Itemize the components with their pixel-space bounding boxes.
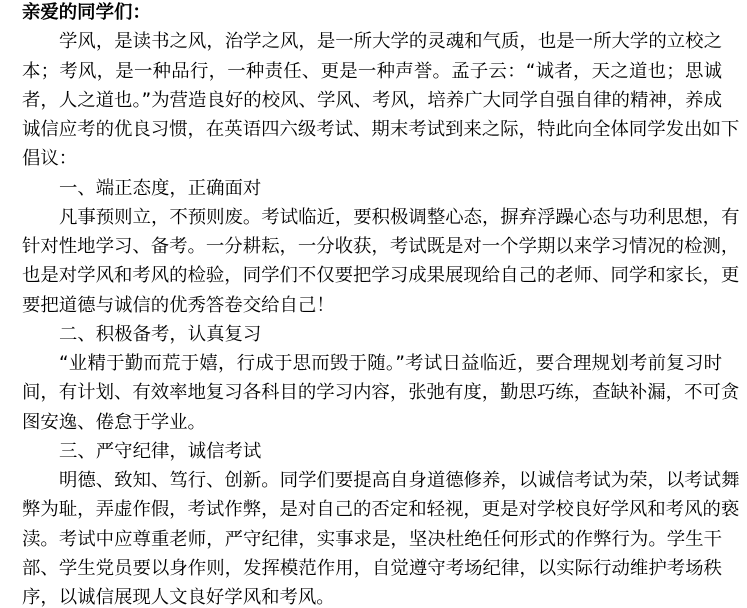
paragraph-line: 针对性地学习、备考。一分耕耘，一分收获，考试既是对一个学期以来学习情况的检测，: [22, 232, 722, 261]
paragraph-line: 本；考风，是一种品行，一种责任、更是一种声誉。孟子云：“诚者，天之道也；思诚: [22, 57, 722, 86]
paragraph-line: 图安逸、倦怠于学业。: [22, 408, 722, 437]
section-heading: 一、端正态度，正确面对: [22, 174, 722, 203]
paragraph-line: 明德、致知、笃行、创新。同学们要提高自身道德修养，以诚信考试为荣，以考试舞: [22, 466, 722, 495]
section-3: 三、严守纪律，诚信考试 明德、致知、笃行、创新。同学们要提高自身道德修养，以诚信…: [22, 437, 722, 608]
paragraph-line: 弊为耻，弄虚作假，考试作弊，是对自己的否定和轻视，更是对学校良好学风和考风的亵: [22, 495, 722, 524]
paragraph-line: 序，以诚信展现人文良好学风和考风。: [22, 583, 722, 608]
paragraph-line: “业精于勤而荒于嬉，行成于思而毁于随。”考试日益临近，要合理规划考前复习时: [22, 349, 722, 378]
greeting: 亲爱的同学们：: [22, 0, 722, 27]
paragraph-line: 也是对学风和考风的检验，同学们不仅要把学习成果展现给自己的老师、同学和家长，更: [22, 261, 722, 290]
paragraph-line: 者，人之道也。”为营造良好的校风、学风、考风，培养广大同学自强自律的精神，养成: [22, 86, 722, 115]
section-1: 一、端正态度，正确面对 凡事预则立，不预则废。考试临近，要积极调整心态，摒弃浮躁…: [22, 174, 722, 320]
paragraph-line: 凡事预则立，不预则废。考试临近，要积极调整心态，摒弃浮躁心态与功利思想，有: [22, 203, 722, 232]
paragraph-line: 诚信应考的优良习惯，在英语四六级考试、期末考试到来之际，特此向全体同学发出如下: [22, 115, 722, 144]
paragraph-line: 要把道德与诚信的优秀答卷交给自己！: [22, 291, 722, 320]
section-heading: 二、积极备考，认真复习: [22, 320, 722, 349]
section-heading: 三、严守纪律，诚信考试: [22, 437, 722, 466]
paragraph-line: 渎。考试中应尊重老师，严守纪律，实事求是，坚决杜绝任何形式的作弊行为。学生干: [22, 525, 722, 554]
paragraph-line: 部、学生党员要以身作则，发挥模范作用，自觉遵守考场纪律，以实际行动维护考场秩: [22, 554, 722, 583]
paragraph-line: 学风，是读书之风，治学之风，是一所大学的灵魂和气质，也是一所大学的立校之: [22, 27, 722, 56]
paragraph-line: 倡议：: [22, 144, 722, 173]
section-2: 二、积极备考，认真复习 “业精于勤而荒于嬉，行成于思而毁于随。”考试日益临近，要…: [22, 320, 722, 437]
document-body: 亲爱的同学们： 学风，是读书之风，治学之风，是一所大学的灵魂和气质，也是一所大学…: [22, 0, 722, 608]
paragraph-line: 间，有计划、有效率地复习各科目的学习内容，张弛有度，勤思巧练，查缺补漏，不可贪: [22, 378, 722, 407]
intro-paragraph: 学风，是读书之风，治学之风，是一所大学的灵魂和气质，也是一所大学的立校之 本；考…: [22, 27, 722, 173]
